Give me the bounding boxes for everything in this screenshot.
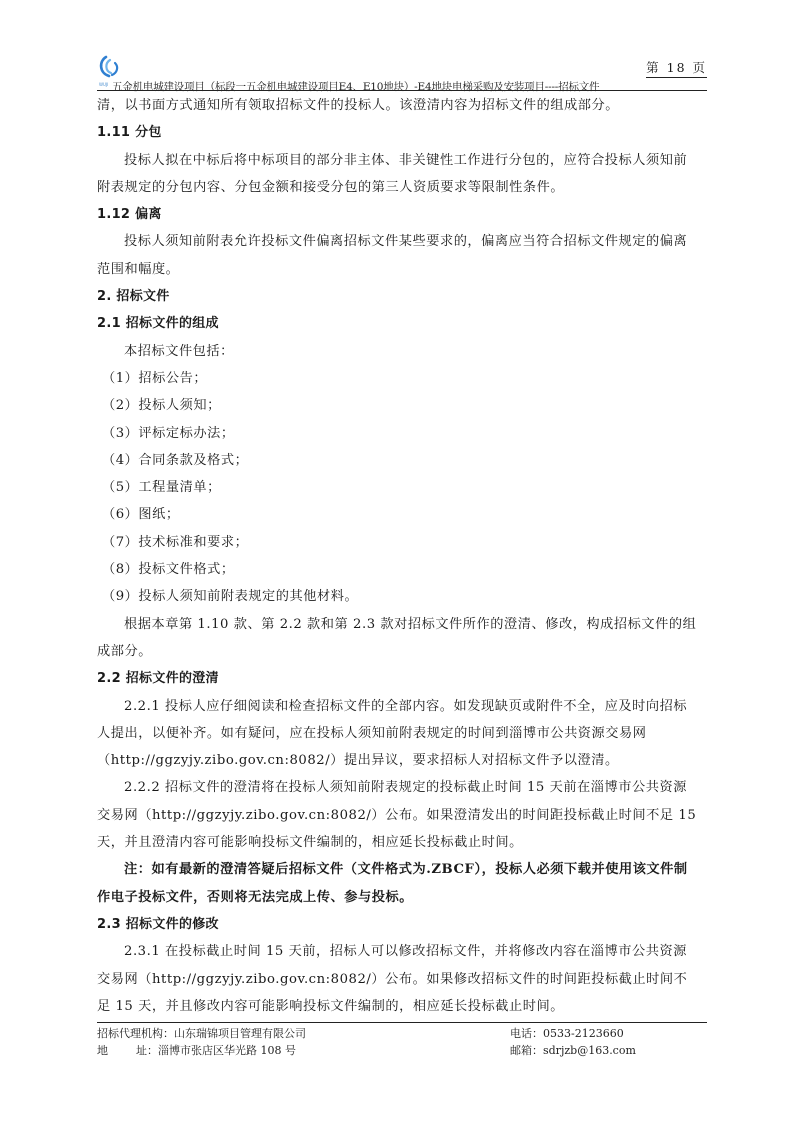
list-item: （4）合同条款及格式； bbox=[97, 447, 707, 474]
page-header: WUJI 五金机电城建设项目（标段一五金机电城建设项目E4、E10地块）-E4地… bbox=[97, 52, 707, 92]
list-item: （8）投标文件格式； bbox=[97, 556, 707, 583]
paragraph-line: 天，并且澄清内容可能影响投标文件编制的，相应延长投标截止时间。 bbox=[97, 829, 707, 856]
paragraph-line: 清，以书面方式通知所有领取招标文件的投标人。该澄清内容为招标文件的组成部分。 bbox=[97, 92, 707, 119]
phone-value: 0533-2123660 bbox=[543, 1027, 624, 1040]
header-divider bbox=[97, 90, 707, 91]
paragraph-line: 2.2.2 招标文件的澄清将在投标人须知前附表规定的投标截止时间 15 天前在淄… bbox=[97, 774, 707, 801]
list-item: （6）图纸； bbox=[97, 501, 707, 528]
address-value: 淄博市张店区华光路 108 号 bbox=[158, 1044, 296, 1057]
phone-label: 电话： bbox=[510, 1027, 543, 1040]
document-page: WUJI 五金机电城建设项目（标段一五金机电城建设项目E4、E10地块）-E4地… bbox=[0, 0, 793, 1122]
footer-row-address: 地 址：淄博市张店区华光路 108 号 邮箱：sdrjzb@163.com bbox=[97, 1042, 707, 1059]
section-heading: 1.11 分包 bbox=[97, 119, 707, 146]
paragraph-line: 本招标文件包括： bbox=[97, 338, 707, 365]
paragraph-line: （http://ggzyjy.zibo.gov.cn:8082/）提出异议，要求… bbox=[97, 747, 707, 774]
list-item: （9）投标人须知前附表规定的其他材料。 bbox=[97, 583, 707, 610]
footer-row-agency: 招标代理机构：山东瑞锦项目管理有限公司 电话：0533-2123660 bbox=[97, 1025, 707, 1042]
paragraph-line: 成部分。 bbox=[97, 638, 707, 665]
document-body: 清，以书面方式通知所有领取招标文件的投标人。该澄清内容为招标文件的组成部分。1.… bbox=[97, 92, 707, 1020]
paragraph-line: 足 15 天，并且修改内容可能影响投标文件编制的，相应延长投标截止时间。 bbox=[97, 993, 707, 1020]
email-label: 邮箱： bbox=[510, 1044, 543, 1057]
paragraph-line: 交易网（http://ggzyjy.zibo.gov.cn:8082/）公布。如… bbox=[97, 802, 707, 829]
company-logo-icon bbox=[97, 54, 125, 82]
paragraph-line: 2.3.1 在投标截止时间 15 天前，招标人可以修改招标文件，并将修改内容在淄… bbox=[97, 938, 707, 965]
list-item: （2）投标人须知； bbox=[97, 392, 707, 419]
list-item: （3）评标定标办法； bbox=[97, 420, 707, 447]
paragraph-line: 根据本章第 1.10 款、第 2.2 款和第 2.3 款对招标文件所作的澄清、修… bbox=[97, 611, 707, 638]
logo-tag: WUJI bbox=[99, 82, 108, 87]
paragraph-line: 交易网（http://ggzyjy.zibo.gov.cn:8082/）公布。如… bbox=[97, 966, 707, 993]
email: 邮箱：sdrjzb@163.com bbox=[510, 1042, 636, 1059]
paragraph-line: 范围和幅度。 bbox=[97, 256, 707, 283]
phone: 电话：0533-2123660 bbox=[510, 1025, 624, 1042]
paragraph-line: 人提出，以便补齐。如有疑问，应在投标人须知前附表规定的时间到淄博市公共资源交易网 bbox=[97, 720, 707, 747]
section-heading: 2. 招标文件 bbox=[97, 283, 707, 310]
paragraph-line: 2.2.1 投标人应仔细阅读和检查招标文件的全部内容。如发现缺页或附件不全，应及… bbox=[97, 693, 707, 720]
list-item: （5）工程量清单； bbox=[97, 474, 707, 501]
section-heading: 2.3 招标文件的修改 bbox=[97, 911, 707, 938]
agency-value: 山东瑞锦项目管理有限公司 bbox=[174, 1027, 306, 1040]
section-heading: 2.2 招标文件的澄清 bbox=[97, 665, 707, 692]
address-label: 地 址： bbox=[97, 1044, 158, 1057]
list-item: （1）招标公告； bbox=[97, 365, 707, 392]
page-footer: 招标代理机构：山东瑞锦项目管理有限公司 电话：0533-2123660 地 址：… bbox=[97, 1025, 707, 1059]
section-heading: 2.1 招标文件的组成 bbox=[97, 310, 707, 337]
section-heading: 1.12 偏离 bbox=[97, 201, 707, 228]
paragraph-line: 附表规定的分包内容、分包金额和接受分包的第三人资质要求等限制性条件。 bbox=[97, 174, 707, 201]
list-item: （7）技术标准和要求； bbox=[97, 529, 707, 556]
note-line: 作电子投标文件，否则将无法完成上传、参与投标。 bbox=[97, 884, 707, 911]
footer-divider bbox=[97, 1022, 707, 1023]
agency-label: 招标代理机构： bbox=[97, 1027, 174, 1040]
paragraph-line: 投标人须知前附表允许投标文件偏离招标文件某些要求的，偏离应当符合招标文件规定的偏… bbox=[97, 228, 707, 255]
note-line: 注：如有最新的澄清答疑后招标文件（文件格式为.ZBCF），投标人必须下载并使用该… bbox=[97, 856, 707, 883]
page-number: 第 18 页 bbox=[646, 58, 707, 78]
email-value[interactable]: sdrjzb@163.com bbox=[543, 1044, 636, 1057]
paragraph-line: 投标人拟在中标后将中标项目的部分非主体、非关键性工作进行分包的，应符合投标人须知… bbox=[97, 147, 707, 174]
